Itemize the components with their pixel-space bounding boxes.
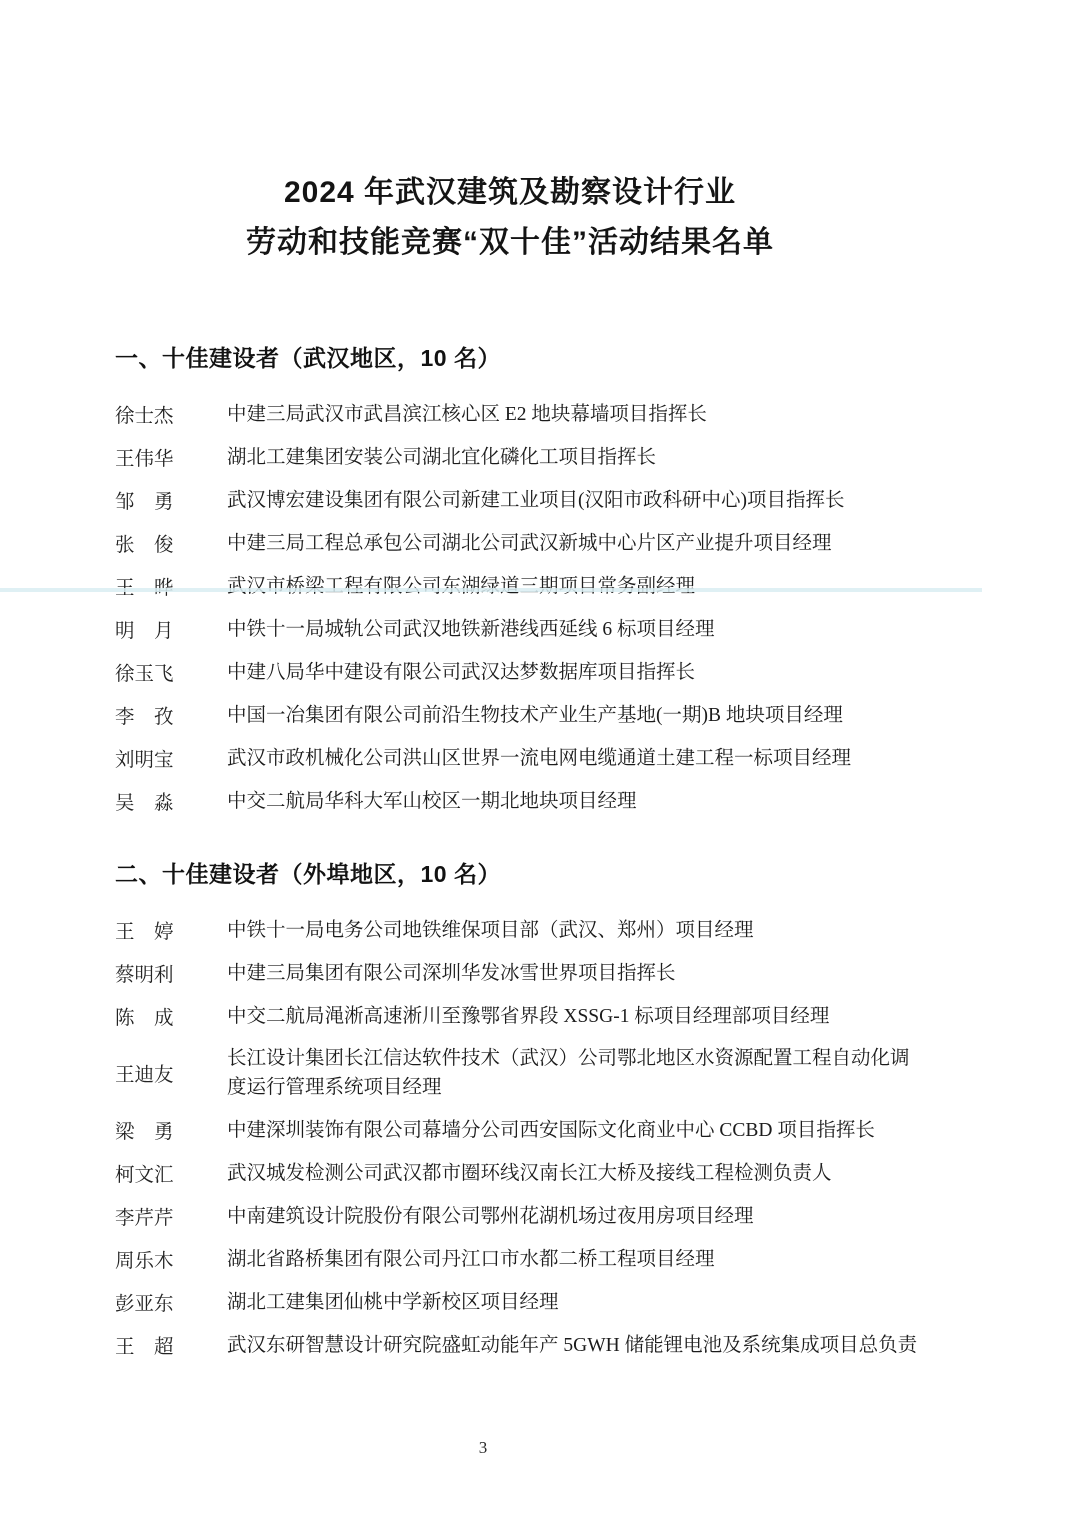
document-page: 2024 年武汉建筑及勘察设计行业 劳动和技能竞赛“双十佳”活动结果名单 一、十… (0, 0, 1080, 1527)
section-heading: 二、十佳建设者（外埠地区，10 名） (115, 856, 955, 889)
entry-row: 明 月 中铁十一局城轨公司武汉地铁新港线西延线 6 标项目经理 (115, 614, 955, 644)
section-heading: 一、十佳建设者（武汉地区，10 名） (115, 340, 955, 373)
entry-description: 武汉博宏建设集团有限公司新建工业项目(汉阳市政科研中心)项目指挥长 (227, 486, 922, 515)
entry-description: 中建三局武汉市武昌滨江核心区 E2 地块幕墙项目指挥长 (227, 400, 922, 429)
scan-artifact-line (0, 588, 982, 592)
entry-name: 蔡明利 (115, 959, 227, 987)
entry-name: 王 婷 (115, 916, 227, 944)
entry-row: 周乐木 湖北省路桥集团有限公司丹江口市水都二桥工程项目经理 (115, 1244, 955, 1274)
entry-description: 中南建筑设计院股份有限公司鄂州花湖机场过夜用房项目经理 (227, 1202, 922, 1231)
section-rows: 王 婷 中铁十一局电务公司地铁维保项目部（武汉、郑州）项目经理 蔡明利 中建三局… (115, 915, 955, 1360)
entry-description: 长江设计集团长江信达软件技术（武汉）公司鄂北地区水资源配置工程自动化调度运行管理… (227, 1044, 922, 1102)
entry-description: 武汉东研智慧设计研究院盛虹动能年产 5GWH 储能锂电池及系统集成项目总负责 (227, 1331, 922, 1360)
entry-row: 王伟华 湖北工建集团安装公司湖北宜化磷化工项目指挥长 (115, 442, 955, 472)
entry-row: 吴 淼 中交二航局华科大军山校区一期北地块项目经理 (115, 786, 955, 816)
document-title-line2: 劳动和技能竞赛“双十佳”活动结果名单 (115, 218, 905, 268)
entry-description: 中交二航局华科大军山校区一期北地块项目经理 (227, 787, 922, 816)
entry-name: 李 孜 (115, 701, 227, 729)
page-number: 3 (0, 1438, 966, 1458)
entry-description: 武汉市桥梁工程有限公司东湖绿道三期项目常务副经理 (227, 572, 922, 601)
entry-description: 武汉市政机械化公司洪山区世界一流电网电缆通道土建工程一标项目经理 (227, 744, 922, 773)
entry-row: 陈 成 中交二航局渑淅高速淅川至豫鄂省界段 XSSG-1 标项目经理部项目经理 (115, 1001, 955, 1031)
entry-description: 中建三局工程总承包公司湖北公司武汉新城中心片区产业提升项目经理 (227, 529, 922, 558)
document-content: 2024 年武汉建筑及勘察设计行业 劳动和技能竞赛“双十佳”活动结果名单 一、十… (0, 0, 1080, 1360)
entry-row: 徐士杰 中建三局武汉市武昌滨江核心区 E2 地块幕墙项目指挥长 (115, 399, 955, 429)
entry-name: 徐士杰 (115, 400, 227, 428)
entry-row: 李芹芹 中南建筑设计院股份有限公司鄂州花湖机场过夜用房项目经理 (115, 1201, 955, 1231)
entry-name: 刘明宝 (115, 744, 227, 772)
entry-row: 王 超 武汉东研智慧设计研究院盛虹动能年产 5GWH 储能锂电池及系统集成项目总… (115, 1330, 955, 1360)
section-rows: 徐士杰 中建三局武汉市武昌滨江核心区 E2 地块幕墙项目指挥长 王伟华 湖北工建… (115, 399, 955, 816)
entry-row: 张 俊 中建三局工程总承包公司湖北公司武汉新城中心片区产业提升项目经理 (115, 528, 955, 558)
entry-name: 陈 成 (115, 1002, 227, 1030)
document-title: 2024 年武汉建筑及勘察设计行业 劳动和技能竞赛“双十佳”活动结果名单 (115, 168, 955, 268)
entry-row: 蔡明利 中建三局集团有限公司深圳华发冰雪世界项目指挥长 (115, 958, 955, 988)
entry-row: 李 孜 中国一冶集团有限公司前沿生物技术产业生产基地(一期)B 地块项目经理 (115, 700, 955, 730)
entry-description: 湖北工建集团安装公司湖北宜化磷化工项目指挥长 (227, 443, 922, 472)
entry-row: 刘明宝 武汉市政机械化公司洪山区世界一流电网电缆通道土建工程一标项目经理 (115, 743, 955, 773)
document-title-line1: 2024 年武汉建筑及勘察设计行业 (115, 168, 905, 218)
entry-description: 中建深圳装饰有限公司幕墙分公司西安国际文化商业中心 CCBD 项目指挥长 (227, 1116, 922, 1145)
entry-row: 梁 勇 中建深圳装饰有限公司幕墙分公司西安国际文化商业中心 CCBD 项目指挥长 (115, 1115, 955, 1145)
entry-name: 明 月 (115, 615, 227, 643)
entry-name: 柯文汇 (115, 1159, 227, 1187)
entry-name: 梁 勇 (115, 1116, 227, 1144)
entry-name: 王 晔 (115, 572, 227, 600)
entry-row: 邹 勇 武汉博宏建设集团有限公司新建工业项目(汉阳市政科研中心)项目指挥长 (115, 485, 955, 515)
entry-row: 王迪友 长江设计集团长江信达软件技术（武汉）公司鄂北地区水资源配置工程自动化调度… (115, 1044, 955, 1102)
entry-name: 吴 淼 (115, 787, 227, 815)
entry-description: 中国一冶集团有限公司前沿生物技术产业生产基地(一期)B 地块项目经理 (227, 701, 922, 730)
entry-description: 武汉城发检测公司武汉都市圈环线汉南长江大桥及接线工程检测负责人 (227, 1159, 922, 1188)
entry-row: 徐玉飞 中建八局华中建设有限公司武汉达梦数据库项目指挥长 (115, 657, 955, 687)
entry-description: 湖北工建集团仙桃中学新校区项目经理 (227, 1288, 922, 1317)
entry-row: 柯文汇 武汉城发检测公司武汉都市圈环线汉南长江大桥及接线工程检测负责人 (115, 1158, 955, 1188)
entry-name: 张 俊 (115, 529, 227, 557)
entry-description: 中铁十一局城轨公司武汉地铁新港线西延线 6 标项目经理 (227, 615, 922, 644)
entry-name: 王 超 (115, 1331, 227, 1359)
entry-row: 王 婷 中铁十一局电务公司地铁维保项目部（武汉、郑州）项目经理 (115, 915, 955, 945)
entry-description: 湖北省路桥集团有限公司丹江口市水都二桥工程项目经理 (227, 1245, 922, 1274)
entry-name: 彭亚东 (115, 1288, 227, 1316)
entry-row: 彭亚东 湖北工建集团仙桃中学新校区项目经理 (115, 1287, 955, 1317)
entry-description: 中铁十一局电务公司地铁维保项目部（武汉、郑州）项目经理 (227, 916, 922, 945)
section-outside-region: 二、十佳建设者（外埠地区，10 名） 王 婷 中铁十一局电务公司地铁维保项目部（… (115, 856, 955, 1360)
entry-name: 徐玉飞 (115, 658, 227, 686)
entry-name: 王伟华 (115, 443, 227, 471)
entry-description: 中建八局华中建设有限公司武汉达梦数据库项目指挥长 (227, 658, 922, 687)
entry-description: 中建三局集团有限公司深圳华发冰雪世界项目指挥长 (227, 959, 922, 988)
entry-row: 王 晔 武汉市桥梁工程有限公司东湖绿道三期项目常务副经理 (115, 571, 955, 601)
entry-name: 李芹芹 (115, 1202, 227, 1230)
entry-description: 中交二航局渑淅高速淅川至豫鄂省界段 XSSG-1 标项目经理部项目经理 (227, 1002, 922, 1031)
entry-name: 王迪友 (115, 1059, 227, 1087)
entry-name: 周乐木 (115, 1245, 227, 1273)
section-wuhan-region: 一、十佳建设者（武汉地区，10 名） 徐士杰 中建三局武汉市武昌滨江核心区 E2… (115, 340, 955, 816)
entry-name: 邹 勇 (115, 486, 227, 514)
